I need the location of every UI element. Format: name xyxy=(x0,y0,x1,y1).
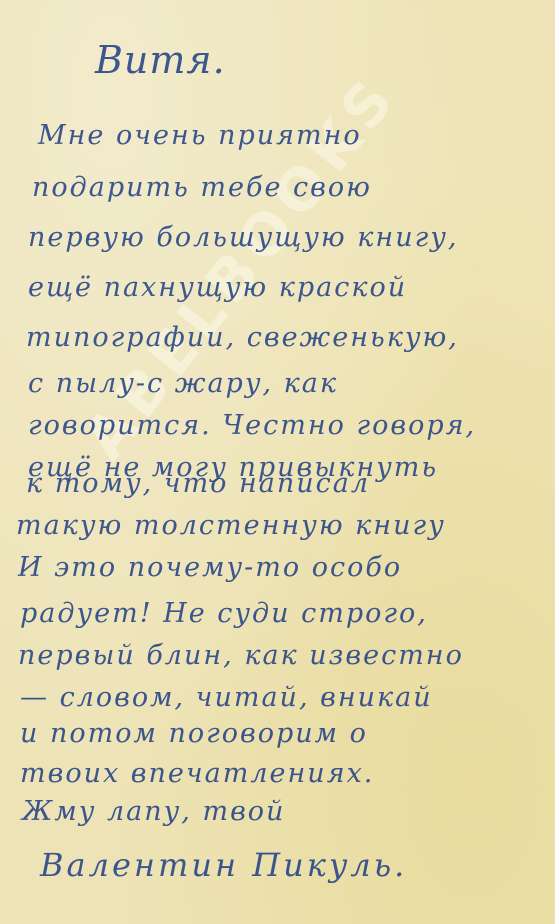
letter-paper: ABELBOOKS Витя. Мне очень приятно подари… xyxy=(0,0,555,924)
letter-line-16: твоих впечатлениях. xyxy=(20,758,374,789)
letter-line-12: радует! Не суди строго, xyxy=(20,598,428,629)
letter-line-4: ещё пахнущую краской xyxy=(28,272,407,303)
letter-line-9: к тому, что написал xyxy=(26,468,370,499)
signature: Валентин Пикуль. xyxy=(40,846,407,884)
letter-line-15: и потом поговорим о xyxy=(20,718,368,749)
letter-line-11: И это почему-то особо xyxy=(18,552,402,583)
letter-line-10: такую толстенную книгу xyxy=(16,510,446,541)
letter-line-13: первый блин, как известно xyxy=(18,640,464,671)
letter-line-5: типографии, свеженькую, xyxy=(26,322,459,353)
letter-line-17: Жму лапу, твой xyxy=(22,796,285,827)
letter-line-6: с пылу-с жару, как xyxy=(28,368,338,399)
letter-line-3: первую большущую книгу, xyxy=(28,222,458,253)
letter-line-7: говорится. Честно говоря, xyxy=(28,410,476,441)
letter-line-2: подарить тебе свою xyxy=(32,172,372,203)
letter-line-1: Мне очень приятно xyxy=(38,120,362,151)
letter-line-14: — словом, читай, вникай xyxy=(20,682,433,713)
salutation: Витя. xyxy=(95,38,226,82)
